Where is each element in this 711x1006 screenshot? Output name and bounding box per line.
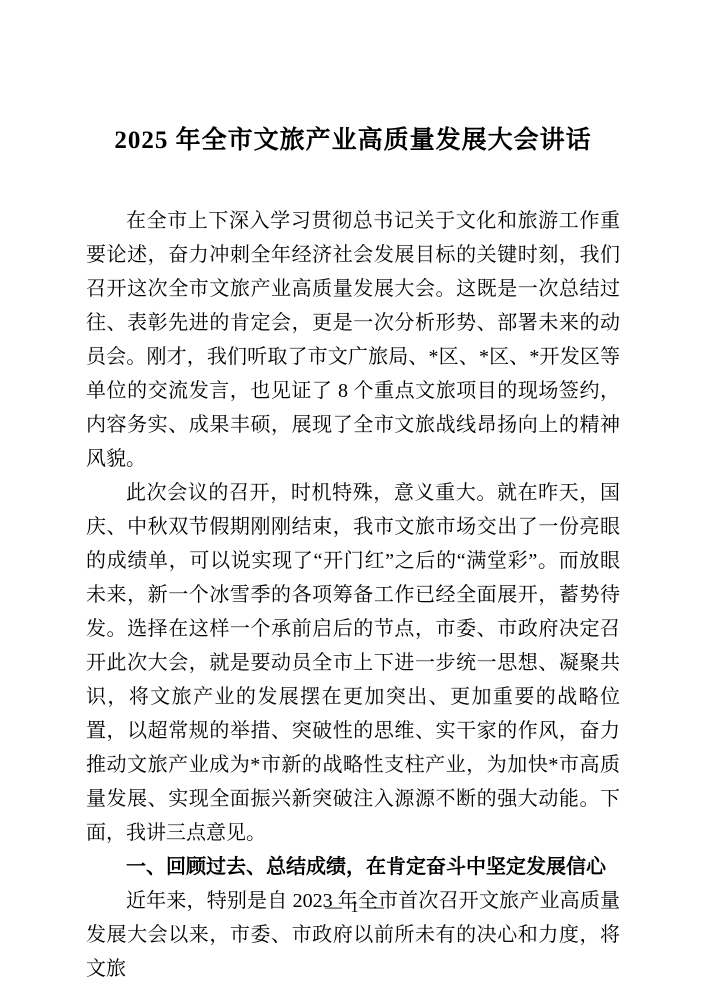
document-title: 2025 年全市文旅产业高质量发展大会讲话: [86, 0, 620, 158]
document-body: 在全市上下深入学习贯彻总书记关于文化和旅游工作重要论述，奋力冲刺全年经济社会发展…: [86, 204, 620, 986]
page-number: — 1 —: [0, 895, 711, 919]
paragraph-intro: 在全市上下深入学习贯彻总书记关于文化和旅游工作重要论述，奋力冲刺全年经济社会发展…: [86, 204, 620, 476]
document-page: 2025 年全市文旅产业高质量发展大会讲话 在全市上下深入学习贯彻总书记关于文化…: [0, 0, 711, 1006]
paragraph-meeting-significance: 此次会议的召开，时机特殊，意义重大。就在昨天，国庆、中秋双节假期刚刚结束，我市文…: [86, 476, 620, 850]
document-content: 2025 年全市文旅产业高质量发展大会讲话 在全市上下深入学习贯彻总书记关于文化…: [86, 0, 620, 986]
section-heading-1: 一、回顾过去、总结成绩，在肯定奋斗中坚定发展信心: [86, 850, 620, 884]
